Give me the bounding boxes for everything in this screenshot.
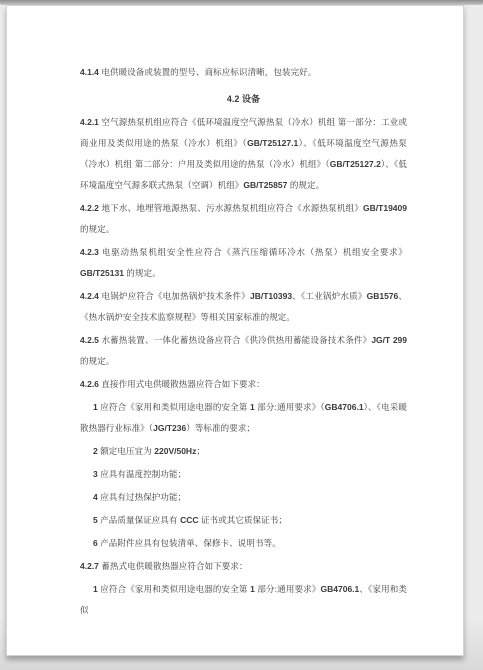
paragraph-4-1-4: 4.1.4 电供暖设备或装置的型号、商标应标识清晰，包装完好。	[80, 62, 407, 83]
paragraph-4-2-6: 4.2.6 直接作用式电供暖散热器应符合如下要求：	[80, 374, 407, 395]
list-item-4-2-6-5: 5 产品质量保证应具有 CCC 证书或其它质保证书；	[80, 510, 407, 531]
list-item-4-2-6-3: 3 应具有温度控制功能；	[80, 464, 407, 485]
pdf-viewer-background: 4.1.4 电供暖设备或装置的型号、商标应标识清晰，包装完好。 4.2 设备 4…	[0, 0, 483, 670]
paragraph-4-2-1: 4.2.1 空气源热泵机组应符合《低环境温度空气源热泵（冷水）机组 第一部分：工…	[80, 112, 407, 196]
paragraph-4-2-5: 4.2.5 水蓄热装置、一体化蓄热设备应符合《供冷供热用蓄能设备技术条件》JG/…	[80, 330, 407, 372]
paragraph-4-2-2: 4.2.2 地下水、地埋管地源热泵、污水源热泵机组应符合《水源热泵机组》GB/T…	[80, 198, 407, 240]
list-item-4-2-6-1: 1 应符合《家用和类似用途电器的安全第 1 部分:通用要求》（GB4706.1）…	[80, 397, 407, 439]
list-item-4-2-6-4: 4 应具有过热保护功能；	[80, 487, 407, 508]
list-item-4-2-7-1: 1 应符合《家用和类似用途电器的安全第 1 部分:通用要求》GB4706.1、《…	[80, 579, 407, 621]
list-item-4-2-6-2: 2 额定电压宜为 220V/50Hz；	[80, 441, 407, 462]
section-heading-4-2: 4.2 设备	[80, 89, 407, 110]
paragraph-4-2-7: 4.2.7 蓄热式电供暖散热器应符合如下要求：	[80, 556, 407, 577]
paragraph-4-2-4: 4.2.4 电锅炉应符合《电加热锅炉技术条件》JB/T10393、《工业锅炉水质…	[80, 286, 407, 328]
paragraph-4-2-3: 4.2.3 电驱动热泵机组安全性应符合《蒸汽压缩循环冷水（热泵）机组安全要求》G…	[80, 242, 407, 284]
document-page[interactable]: 4.1.4 电供暖设备或装置的型号、商标应标识清晰，包装完好。 4.2 设备 4…	[6, 5, 464, 656]
page-content: 4.1.4 电供暖设备或装置的型号、商标应标识清晰，包装完好。 4.2 设备 4…	[7, 6, 463, 621]
list-item-4-2-6-6: 6 产品附件应具有包装清单、保修卡、说明书等。	[80, 533, 407, 554]
